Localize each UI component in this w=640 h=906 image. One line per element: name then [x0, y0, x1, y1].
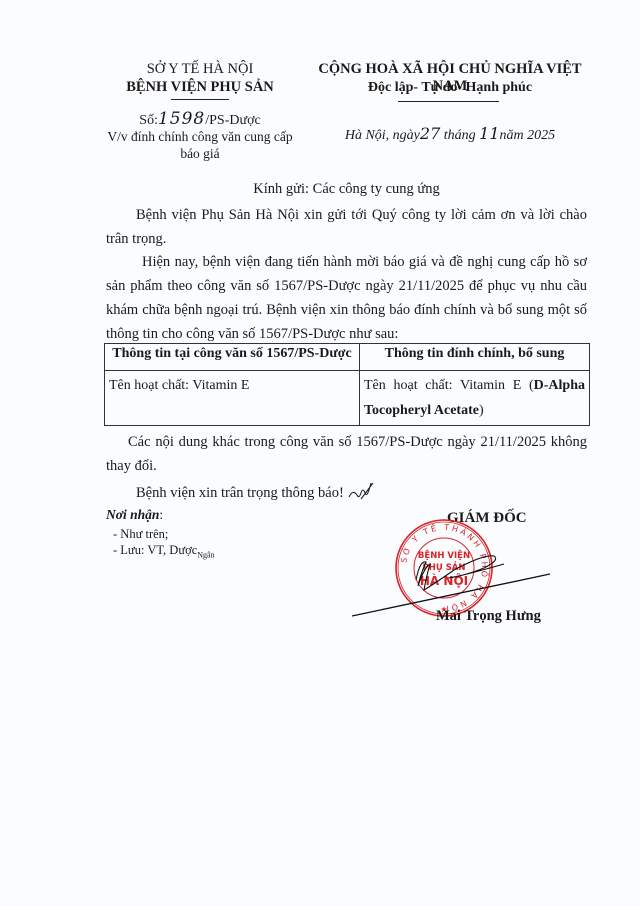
document-number-suffix: /PS-Dược	[205, 113, 260, 128]
cell-corrected: Tên hoạt chất: Vitamin E (D-Alpha Tocoph…	[360, 371, 590, 426]
cell-original: Tên hoạt chất: Vitamin E	[105, 371, 360, 426]
greeting: Kính gửi: Các công ty cung ứng	[106, 181, 587, 198]
date-line: Hà Nội, ngày27 tháng 11năm 2025	[300, 124, 600, 144]
director-name: Mai Trọng Hưng	[436, 608, 541, 625]
closing-line: Bệnh viện xin trân trọng thông báo!	[136, 481, 377, 503]
cell-corrected-prefix: Tên hoạt chất: Vitamin E (	[364, 378, 534, 393]
recipient-item: - Như trên;	[113, 527, 168, 542]
subject-line-2: báo giá	[95, 145, 305, 162]
paragraph-unchanged: Các nội dung khác trong công văn số 1567…	[106, 430, 587, 478]
cell-corrected-suffix: )	[479, 403, 484, 418]
motto-underline	[398, 101, 499, 102]
table-row: Tên hoạt chất: Vitamin E Tên hoạt chất: …	[105, 371, 590, 426]
organization-underline	[171, 99, 229, 100]
date-prefix: Hà Nội, ngày	[345, 128, 420, 143]
paragraph-context: Hiện nay, bệnh viện đang tiến hành mời b…	[106, 250, 587, 346]
document-subject: V/v đính chính công văn cung cấp báo giá	[95, 128, 305, 162]
initials-signature-icon	[347, 481, 377, 503]
recipients-title-text: Nơi nhận	[106, 507, 159, 522]
parent-organization: SỞ Y TẾ HÀ NỘI	[95, 61, 305, 78]
document-number-handwritten: 1598	[158, 109, 205, 129]
year-label: năm 2025	[500, 128, 556, 143]
month-label: tháng	[440, 128, 479, 143]
subject-line-1: V/v đính chính công văn cung cấp	[95, 128, 305, 145]
recipients-title: Nơi nhận:	[106, 507, 163, 523]
recipient-item: - Lưu: VT, DượcNgân	[113, 543, 215, 560]
correction-table: Thông tin tại công văn số 1567/PS-Dược T…	[104, 343, 590, 426]
recipient-subscript: Ngân	[197, 551, 214, 560]
recipient-item-text: - Lưu: VT, Dược	[113, 543, 197, 557]
table-header-corrected: Thông tin đính chính, bổ sung	[360, 344, 590, 371]
day-handwritten: 27	[420, 124, 440, 143]
document-number-prefix: Số:	[139, 113, 158, 128]
document-number: Số:1598/PS-Dược	[95, 109, 305, 129]
month-handwritten: 11	[479, 124, 499, 143]
national-motto: Độc lập- Tự do- Hạnh phúc	[300, 80, 600, 96]
table-header-original: Thông tin tại công văn số 1567/PS-Dược	[105, 344, 360, 371]
table-header-row: Thông tin tại công văn số 1567/PS-Dược T…	[105, 344, 590, 371]
organization-name: BỆNH VIỆN PHỤ SẢN	[95, 79, 305, 96]
paragraph-intro: Bệnh viện Phụ Sản Hà Nội xin gửi tới Quý…	[106, 203, 587, 251]
closing-text: Bệnh viện xin trân trọng thông báo!	[136, 485, 344, 501]
